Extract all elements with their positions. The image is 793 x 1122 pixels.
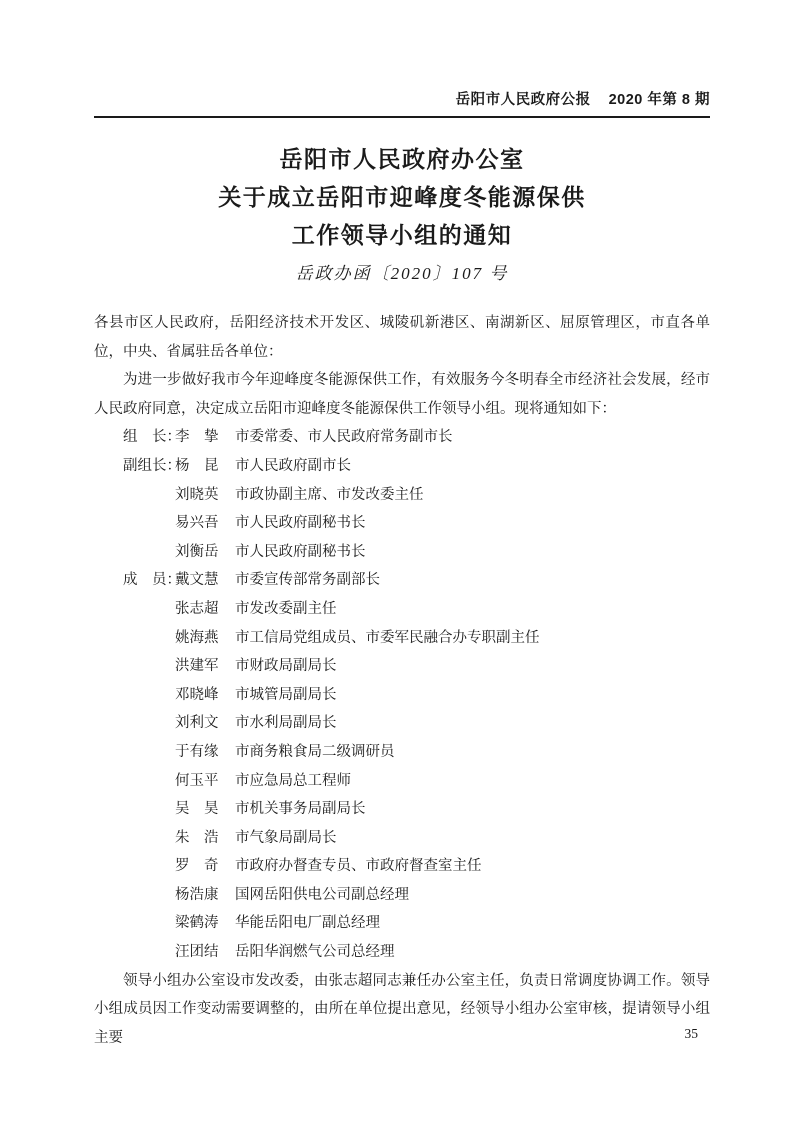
- member-position: 市应急局总工程师: [235, 767, 710, 796]
- member-position: 市财政局副局长: [235, 652, 710, 681]
- member-role-label: 成 员：: [123, 566, 175, 595]
- member-position: 市人民政府副市长: [235, 452, 710, 481]
- member-name: 易兴吾: [175, 509, 219, 538]
- member-row: 吴 昊 市机关事务局副局长: [94, 795, 710, 824]
- member-position: 市机关事务局副局长: [235, 795, 710, 824]
- member-role-label: [123, 909, 175, 938]
- member-name: 邓晓峰: [175, 681, 219, 710]
- member-row: 罗 奇 市政府办督查专员、市政府督查室主任: [94, 852, 710, 881]
- member-row: 杨浩康 国网岳阳供电公司副总经理: [94, 881, 710, 910]
- member-name: 何玉平: [175, 767, 219, 796]
- member-name: 戴文慧: [175, 566, 219, 595]
- member-position: 市政协副主席、市发改委主任: [235, 481, 710, 510]
- member-name: 姚海燕: [175, 624, 219, 653]
- document-title: 岳阳市人民政府办公室 关于成立岳阳市迎峰度冬能源保供 工作领导小组的通知: [94, 141, 710, 255]
- member-role-label: [123, 509, 175, 538]
- recipients-paragraph: 各县市区人民政府，岳阳经济技术开发区、城陵矶新港区、南湖新区、屈原管理区，市直各…: [94, 309, 710, 366]
- member-row: 于有缘 市商务粮食局二级调研员: [94, 738, 710, 767]
- member-position: 华能岳阳电厂副总经理: [235, 909, 710, 938]
- member-row: 刘衡岳 市人民政府副秘书长: [94, 538, 710, 567]
- document-body: 各县市区人民政府，岳阳经济技术开发区、城陵矶新港区、南湖新区、屈原管理区，市直各…: [94, 309, 710, 1052]
- leadership-member-list: 组 长： 李 挚 市委常委、市人民政府常务副市长 副组长： 杨 昆 市人民政府副…: [94, 423, 710, 966]
- member-position: 市人民政府副秘书长: [235, 509, 710, 538]
- member-name: 李 挚: [175, 423, 219, 452]
- member-row: 姚海燕 市工信局党组成员、市委军民融合办专职副主任: [94, 624, 710, 653]
- member-name: 洪建军: [175, 652, 219, 681]
- member-position: 市政府办督查专员、市政府督查室主任: [235, 852, 710, 881]
- member-name: 刘晓英: [175, 481, 219, 510]
- member-name: 罗 奇: [175, 852, 219, 881]
- member-row: 副组长： 杨 昆 市人民政府副市长: [94, 452, 710, 481]
- member-role-label: [123, 824, 175, 853]
- intro-paragraph: 为进一步做好我市今年迎峰度冬能源保供工作，有效服务今冬明春全市经济社会发展，经市…: [94, 366, 710, 423]
- member-position: 市人民政府副秘书长: [235, 538, 710, 567]
- member-position: 市发改委副主任: [235, 595, 710, 624]
- member-name: 杨 昆: [175, 452, 219, 481]
- member-row: 洪建军 市财政局副局长: [94, 652, 710, 681]
- member-position: 国网岳阳供电公司副总经理: [235, 881, 710, 910]
- member-row: 邓晓峰 市城管局副局长: [94, 681, 710, 710]
- gazette-title: 岳阳市人民政府公报: [456, 92, 591, 108]
- member-role-label: [123, 624, 175, 653]
- member-position: 市水利局副局长: [235, 709, 710, 738]
- document-title-line: 关于成立岳阳市迎峰度冬能源保供: [94, 179, 710, 217]
- member-role-label: 副组长：: [123, 452, 175, 481]
- member-row: 成 员： 戴文慧 市委宣传部常务副部长: [94, 566, 710, 595]
- member-role-label: [123, 709, 175, 738]
- member-role-label: [123, 738, 175, 767]
- member-row: 刘利文 市水利局副局长: [94, 709, 710, 738]
- member-role-label: [123, 938, 175, 967]
- gazette-page: 岳阳市人民政府公报2020 年第 8 期 岳阳市人民政府办公室 关于成立岳阳市迎…: [0, 0, 793, 1122]
- member-row: 梁鹤涛 华能岳阳电厂副总经理: [94, 909, 710, 938]
- member-role-label: 组 长：: [123, 423, 175, 452]
- document-title-line: 工作领导小组的通知: [94, 217, 710, 255]
- member-row: 何玉平 市应急局总工程师: [94, 767, 710, 796]
- member-role-label: [123, 795, 175, 824]
- member-row: 汪团结 岳阳华润燃气公司总经理: [94, 938, 710, 967]
- member-position: 市委常委、市人民政府常务副市长: [235, 423, 710, 452]
- member-role-label: [123, 538, 175, 567]
- member-name: 朱 浩: [175, 824, 219, 853]
- member-name: 刘衡岳: [175, 538, 219, 567]
- member-role-label: [123, 652, 175, 681]
- member-name: 杨浩康: [175, 881, 219, 910]
- member-position: 市委宣传部常务副部长: [235, 566, 710, 595]
- member-role-label: [123, 595, 175, 624]
- member-row: 张志超 市发改委副主任: [94, 595, 710, 624]
- member-position: 市商务粮食局二级调研员: [235, 738, 710, 767]
- member-position: 岳阳华润燃气公司总经理: [235, 938, 710, 967]
- member-role-label: [123, 852, 175, 881]
- member-position: 市气象局副局长: [235, 824, 710, 853]
- member-name: 汪团结: [175, 938, 219, 967]
- page-number: 35: [94, 1026, 698, 1042]
- member-role-label: [123, 767, 175, 796]
- member-position: 市工信局党组成员、市委军民融合办专职副主任: [235, 624, 710, 653]
- member-role-label: [123, 681, 175, 710]
- document-title-line: 岳阳市人民政府办公室: [94, 141, 710, 179]
- member-name: 于有缘: [175, 738, 219, 767]
- member-row: 刘晓英 市政协副主席、市发改委主任: [94, 481, 710, 510]
- document-number: 岳政办函〔2020〕107 号: [94, 259, 710, 284]
- member-row: 朱 浩 市气象局副局长: [94, 824, 710, 853]
- member-row: 组 长： 李 挚 市委常委、市人民政府常务副市长: [94, 423, 710, 452]
- member-name: 吴 昊: [175, 795, 219, 824]
- member-position: 市城管局副局长: [235, 681, 710, 710]
- member-role-label: [123, 881, 175, 910]
- member-name: 刘利文: [175, 709, 219, 738]
- gazette-issue: 2020 年第 8 期: [609, 92, 710, 108]
- member-name: 张志超: [175, 595, 219, 624]
- page-header: 岳阳市人民政府公报2020 年第 8 期: [94, 88, 710, 118]
- member-name: 梁鹤涛: [175, 909, 219, 938]
- member-row: 易兴吾 市人民政府副秘书长: [94, 509, 710, 538]
- member-role-label: [123, 481, 175, 510]
